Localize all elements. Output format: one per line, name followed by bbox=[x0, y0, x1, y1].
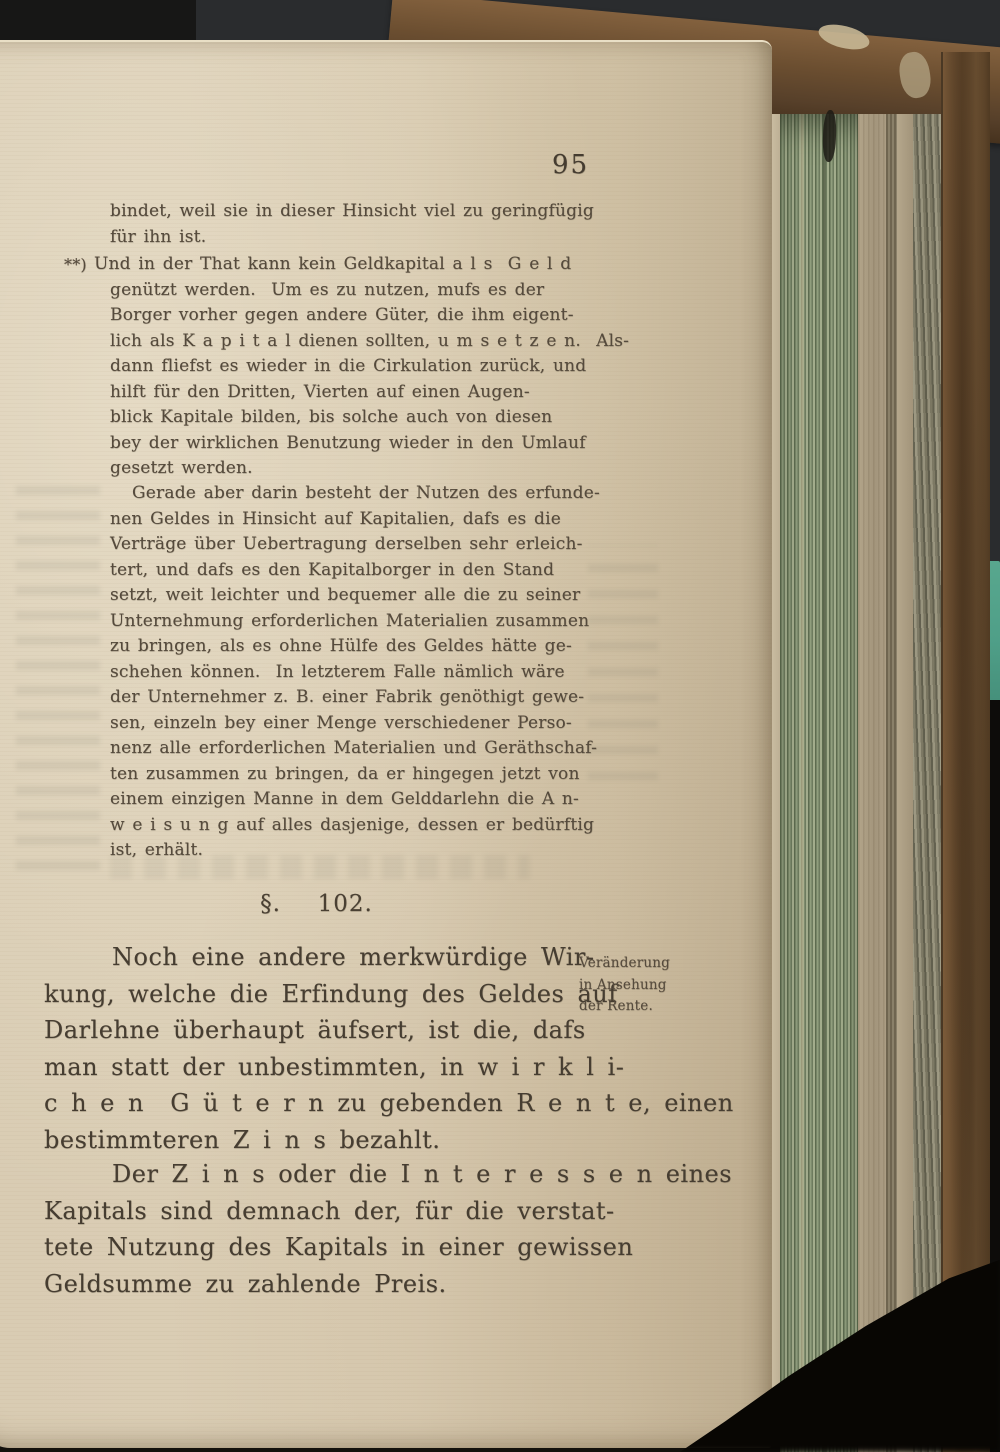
footnote-continuation: bindet, weil sie in dieser Hinsicht viel… bbox=[110, 199, 594, 250]
footnote-paragraph-2: Gerade aber darin besteht der Nutzen des… bbox=[110, 481, 600, 864]
book-scan: 95 bindet, weil sie in dieser Hinsicht v… bbox=[0, 0, 1000, 1452]
section-heading: §. 102. bbox=[44, 891, 589, 917]
footnote-marker: **) bbox=[64, 252, 87, 278]
fore-edge-tan-band bbox=[858, 114, 886, 1452]
background-shadow-patch bbox=[0, 0, 196, 42]
fore-edge-green-stripes bbox=[780, 114, 858, 1452]
fore-edge-rough-band bbox=[913, 114, 941, 1452]
fore-edge-dark-streak bbox=[886, 114, 897, 1452]
footnote-paragraph-1: Und in der That kann kein Geldkapital a … bbox=[110, 252, 629, 482]
book-cover-edge bbox=[941, 52, 990, 1452]
page-number: 95 bbox=[552, 150, 589, 180]
main-paragraph-2: Der Z i n s oder die I n t e r e s s e n… bbox=[44, 1156, 732, 1302]
fore-edge-tan-band-2 bbox=[897, 114, 913, 1452]
margin-note: Veränderung in Ansehung der Rente. bbox=[579, 953, 670, 1018]
